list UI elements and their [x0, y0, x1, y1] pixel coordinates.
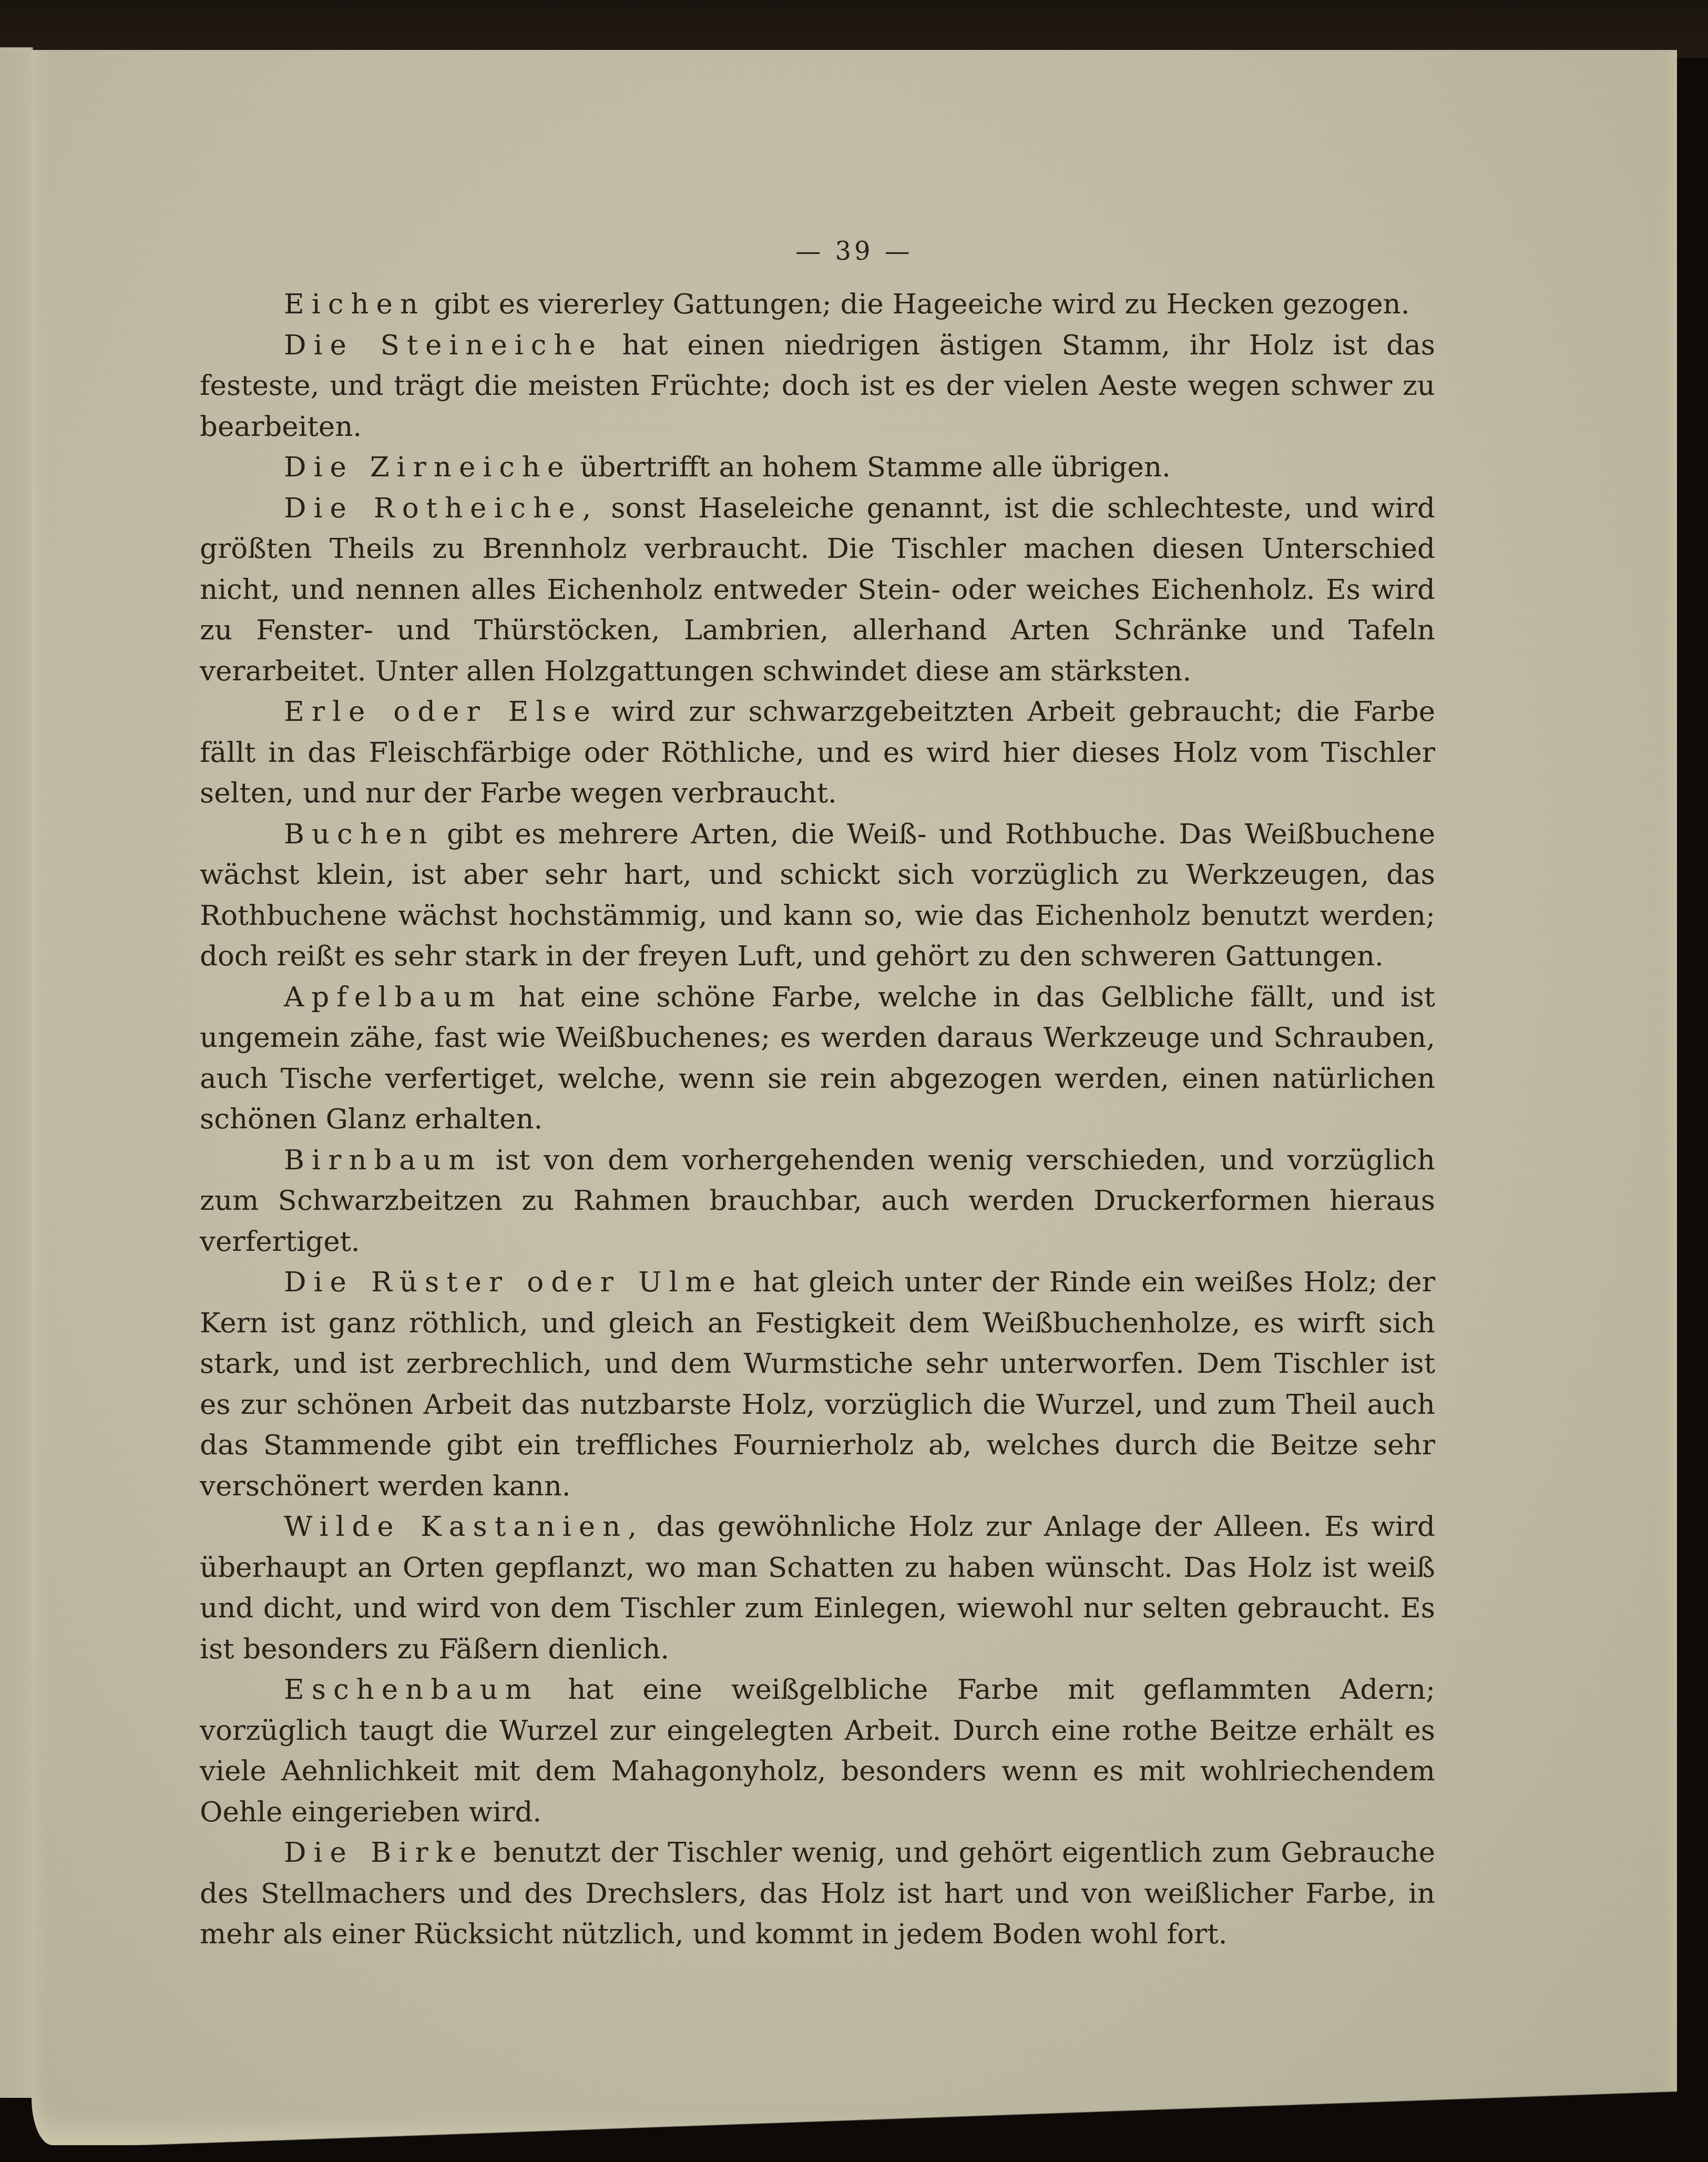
paragraph-eichen: Eichen gibt es viererley Gattungen; die …	[200, 284, 1435, 325]
paragraph-text: übertrifft an hohem Stamme alle übrigen.	[571, 451, 1170, 483]
paragraph-text: gibt es viererley Gattungen; die Hageeic…	[425, 288, 1410, 320]
lemma: Die Rotheiche,	[284, 492, 598, 524]
lemma: Buchen	[284, 818, 434, 850]
lemma: Erle oder Else	[284, 696, 598, 728]
paragraph-text: hat gleich unter der Rinde ein weißes Ho…	[200, 1266, 1435, 1502]
paragraph-zirneiche: Die Zirneiche übertrifft an hohem Stamme…	[200, 447, 1435, 488]
paragraph-birnbaum: Birnbaum ist von dem vorhergehenden weni…	[200, 1140, 1435, 1262]
body-text: Eichen gibt es viererley Gattungen; die …	[200, 284, 1435, 1955]
paragraph-erle: Erle oder Else wird zur schwarzgebeitzte…	[200, 691, 1435, 814]
paragraph-rotheiche: Die Rotheiche, sonst Haseleiche genannt,…	[200, 488, 1435, 692]
lemma: Birnbaum	[284, 1144, 482, 1176]
lemma: Die Steineiche	[284, 329, 603, 361]
lemma: Eichen	[284, 288, 425, 320]
paragraph-eschenbaum: Eschenbaum hat eine weißgelbliche Farbe …	[200, 1669, 1435, 1832]
lemma: Die Rüster oder Ulme	[284, 1266, 743, 1298]
scan-background-top	[0, 0, 1708, 58]
paragraph-buchen: Buchen gibt es mehrere Arten, die Weiß- …	[200, 814, 1435, 977]
facing-page-edge	[0, 47, 33, 2098]
lemma: Die Birke	[284, 1837, 484, 1869]
paragraph-apfelbaum: Apfelbaum hat eine schöne Farbe, welche …	[200, 977, 1435, 1140]
paragraph-steineiche: Die Steineiche hat einen niedrigen ästig…	[200, 325, 1435, 447]
paragraph-ruester: Die Rüster oder Ulme hat gleich unter de…	[200, 1262, 1435, 1506]
paragraph-kastanien: Wilde Kastanien, das gewöhnliche Holz zu…	[200, 1506, 1435, 1669]
lemma: Die Zirneiche	[284, 451, 571, 483]
page-number: — 39 —	[32, 237, 1677, 266]
paragraph-birke: Die Birke benutzt der Tischler wenig, un…	[200, 1832, 1435, 1955]
lemma: Eschenbaum	[284, 1674, 539, 1706]
lemma: Wilde Kastanien,	[284, 1511, 644, 1543]
lemma: Apfelbaum	[284, 981, 503, 1013]
